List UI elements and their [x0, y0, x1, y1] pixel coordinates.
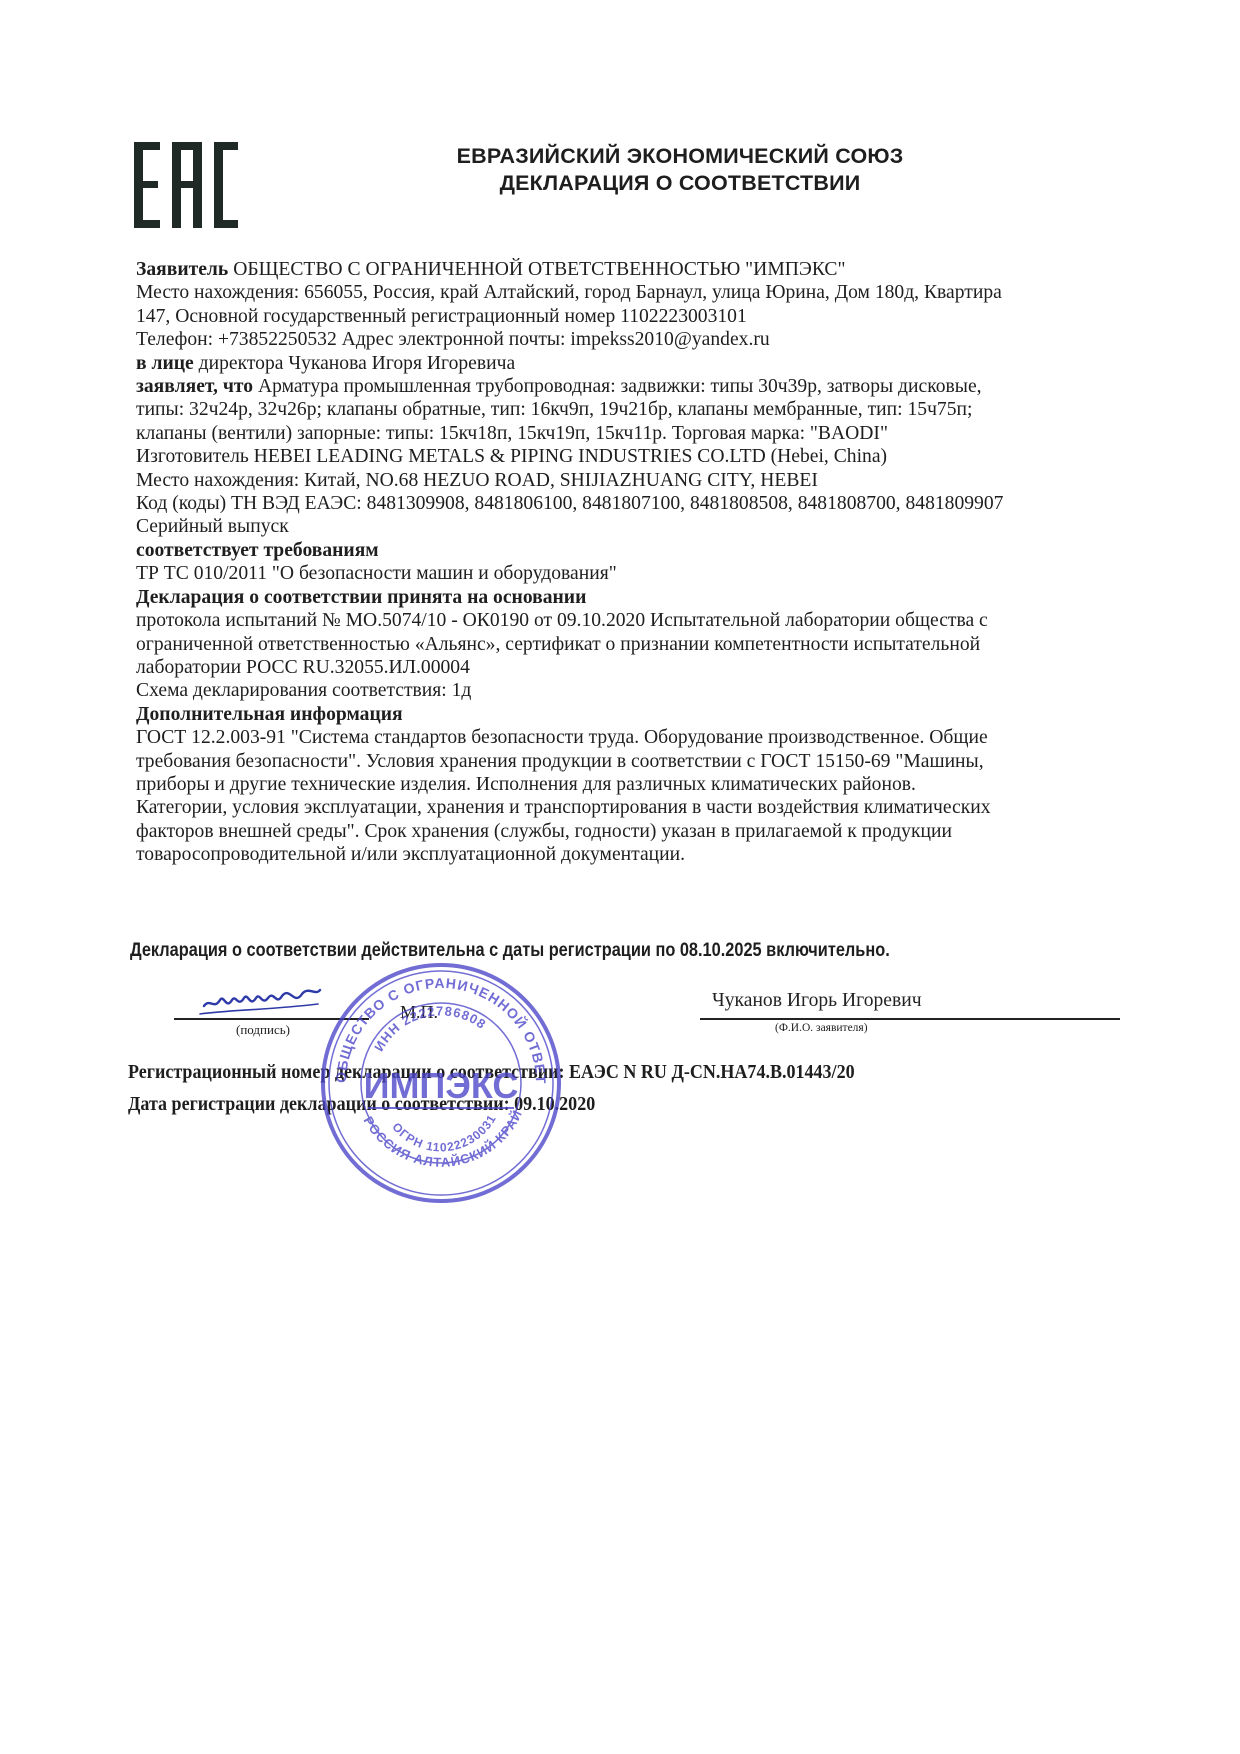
additional-line-1: ГОСТ 12.2.003-91 "Система стандартов без…: [136, 726, 1126, 749]
additional-line-4: Категории, условия эксплуатации, хранени…: [136, 796, 1126, 819]
signer-name-line: [700, 1018, 1120, 1020]
seal-caption: М.П.: [400, 1002, 438, 1023]
declaration-scheme: Схема декларирования соответствия: 1д: [136, 679, 1126, 702]
header-document-title: ДЕКЛАРАЦИЯ О СООТВЕТСТВИИ: [420, 170, 940, 197]
signature-caption: (подпись): [236, 1022, 290, 1038]
document-header: ЕВРАЗИЙСКИЙ ЭКОНОМИЧЕСКИЙ СОЮЗ ДЕКЛАРАЦИ…: [420, 143, 940, 197]
hs-codes: Код (коды) ТН ВЭД ЕАЭС: 8481309908, 8481…: [136, 492, 1126, 515]
complies-label: соответствует требованиям: [136, 539, 1126, 562]
manufacturer: Изготовитель HEBEI LEADING METALS & PIPI…: [136, 445, 1126, 468]
applicant-line: Заявитель ОБЩЕСТВО С ОГРАНИЧЕННОЙ ОТВЕТС…: [136, 258, 1126, 281]
represented-label: в лице: [136, 353, 194, 374]
manufacturer-address: Место нахождения: Китай, NO.68 HEZUO ROA…: [136, 469, 1126, 492]
eac-mark-icon: [134, 142, 238, 228]
basis-line-1: протокола испытаний № МО.5074/10 - ОК019…: [136, 609, 1126, 632]
basis-line-3: лаборатории РОСС RU.32055.ИЛ.00004: [136, 656, 1126, 679]
product-line-1: заявляет, что Арматура промышленная труб…: [136, 375, 1126, 398]
applicant-address-1: Место нахождения: 656055, Россия, край А…: [136, 281, 1126, 304]
represented-by: директора Чуканова Игоря Игоревича: [194, 353, 515, 374]
registration-date: Дата регистрации декларации о соответств…: [128, 1094, 595, 1116]
signature-line: [174, 1018, 369, 1020]
product-line-2: типы: 32ч24р, 32ч26р; клапаны обратные, …: [136, 398, 1126, 421]
declares-label: заявляет, что: [136, 376, 253, 397]
additional-line-5: факторов внешней среды". Срок хранения (…: [136, 820, 1126, 843]
represented-line: в лице директора Чуканова Игоря Игоревич…: [136, 352, 1126, 375]
header-union-title: ЕВРАЗИЙСКИЙ ЭКОНОМИЧЕСКИЙ СОЮЗ: [420, 143, 940, 170]
basis-line-2: ограниченной ответственностью «Альянс», …: [136, 633, 1126, 656]
declaration-body: Заявитель ОБЩЕСТВО С ОГРАНИЧЕННОЙ ОТВЕТС…: [136, 258, 1126, 867]
additional-line-6: товаросопроводительной и/или эксплуатаци…: [136, 843, 1126, 866]
additional-line-2: требования безопасности". Условия хранен…: [136, 750, 1126, 773]
applicant-contacts: Телефон: +73852250532 Адрес электронной …: [136, 328, 1126, 351]
product-line-3: клапаны (вентили) запорные: типы: 15кч18…: [136, 422, 1126, 445]
basis-label: Декларация о соответствии принята на осн…: [136, 586, 1126, 609]
applicant-address-2: 147, Основной государственный регистраци…: [136, 305, 1126, 328]
applicant-name: ОБЩЕСТВО С ОГРАНИЧЕННОЙ ОТВЕТСТВЕННОСТЬЮ…: [228, 259, 845, 280]
signer-name: Чуканов Игорь Игоревич: [712, 990, 922, 1012]
product-text-1: Арматура промышленная трубопроводная: за…: [253, 376, 982, 397]
declaration-page: ЕВРАЗИЙСКИЙ ЭКОНОМИЧЕСКИЙ СОЮЗ ДЕКЛАРАЦИ…: [0, 0, 1240, 1754]
signer-caption: (Ф.И.О. заявителя): [775, 1022, 868, 1034]
production-type: Серийный выпуск: [136, 515, 1126, 538]
registration-number: Регистрационный номер декларации о соотв…: [128, 1062, 855, 1084]
additional-info-label: Дополнительная информация: [136, 703, 1126, 726]
regulation: ТР ТС 010/2011 "О безопасности машин и о…: [136, 562, 1126, 585]
applicant-label: Заявитель: [136, 259, 228, 280]
validity-statement: Декларация о соответствии действительна …: [130, 940, 890, 962]
additional-line-3: приборы и другие технические изделия. Ис…: [136, 773, 1126, 796]
